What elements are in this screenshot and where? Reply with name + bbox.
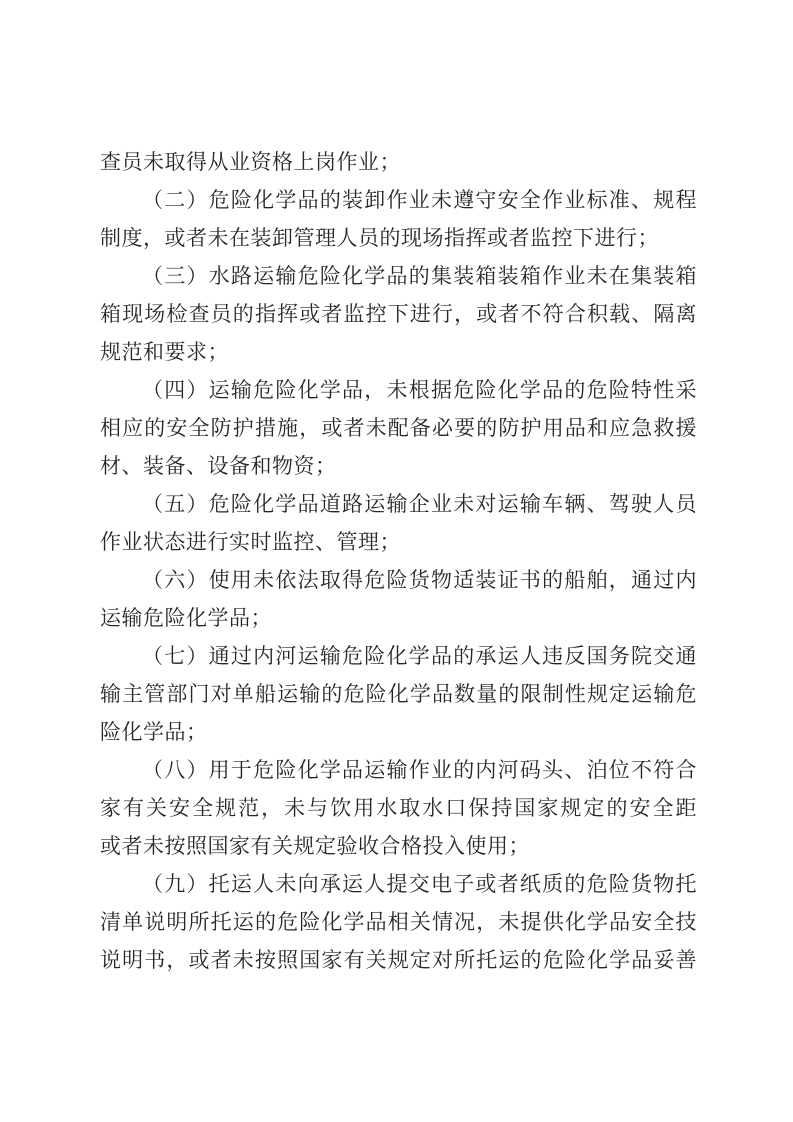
text-line: 相应的安全防护措施，或者未配备必要的防护用品和应急救援器 (100, 409, 697, 447)
text-line: （二）危险化学品的装卸作业未遵守安全作业标准、规程和 (100, 181, 697, 219)
text-line: 险化学品； (100, 713, 697, 751)
text-line: （九）托运人未向承运人提交电子或者纸质的危险货物托运 (100, 865, 697, 903)
text-line: （七）通过内河运输危险化学品的承运人违反国务院交通运 (100, 637, 697, 675)
text-line: （四）运输危险化学品，未根据危险化学品的危险特性采取 (100, 371, 697, 409)
text-line: 家有关安全规范，未与饮用水取水口保持国家规定的安全距离， (100, 789, 697, 827)
text-line: 说明书，或者未按照国家有关规定对所托运的危险化学品妥善包 (100, 941, 697, 979)
text-line: 运输危险化学品； (100, 599, 697, 637)
text-line: （六）使用未依法取得危险货物适装证书的船舶，通过内河 (100, 561, 697, 599)
text-line: （八）用于危险化学品运输作业的内河码头、泊位不符合国 (100, 751, 697, 789)
document-body: 查员未取得从业资格上岗作业；（二）危险化学品的装卸作业未遵守安全作业标准、规程和… (100, 143, 697, 979)
text-line: 作业状态进行实时监控、管理； (100, 523, 697, 561)
document-page: 查员未取得从业资格上岗作业；（二）危险化学品的装卸作业未遵守安全作业标准、规程和… (0, 0, 793, 1122)
text-line: 制度，或者未在装卸管理人员的现场指挥或者监控下进行； (100, 219, 697, 257)
text-line: 输主管部门对单船运输的危险化学品数量的限制性规定运输危 (100, 675, 697, 713)
text-line: 材、装备、设备和物资； (100, 447, 697, 485)
text-line: 清单说明所托运的危险化学品相关情况，未提供化学品安全技术 (100, 903, 697, 941)
text-line: 查员未取得从业资格上岗作业； (100, 143, 697, 181)
text-line: （五）危险化学品道路运输企业未对运输车辆、驾驶人员的 (100, 485, 697, 523)
text-line: （三）水路运输危险化学品的集装箱装箱作业未在集装箱装 (100, 257, 697, 295)
text-line: 规范和要求； (100, 333, 697, 371)
text-line: 箱现场检查员的指挥或者监控下进行，或者不符合积载、隔离的 (100, 295, 697, 333)
text-line: 或者未按照国家有关规定验收合格投入使用； (100, 827, 697, 865)
